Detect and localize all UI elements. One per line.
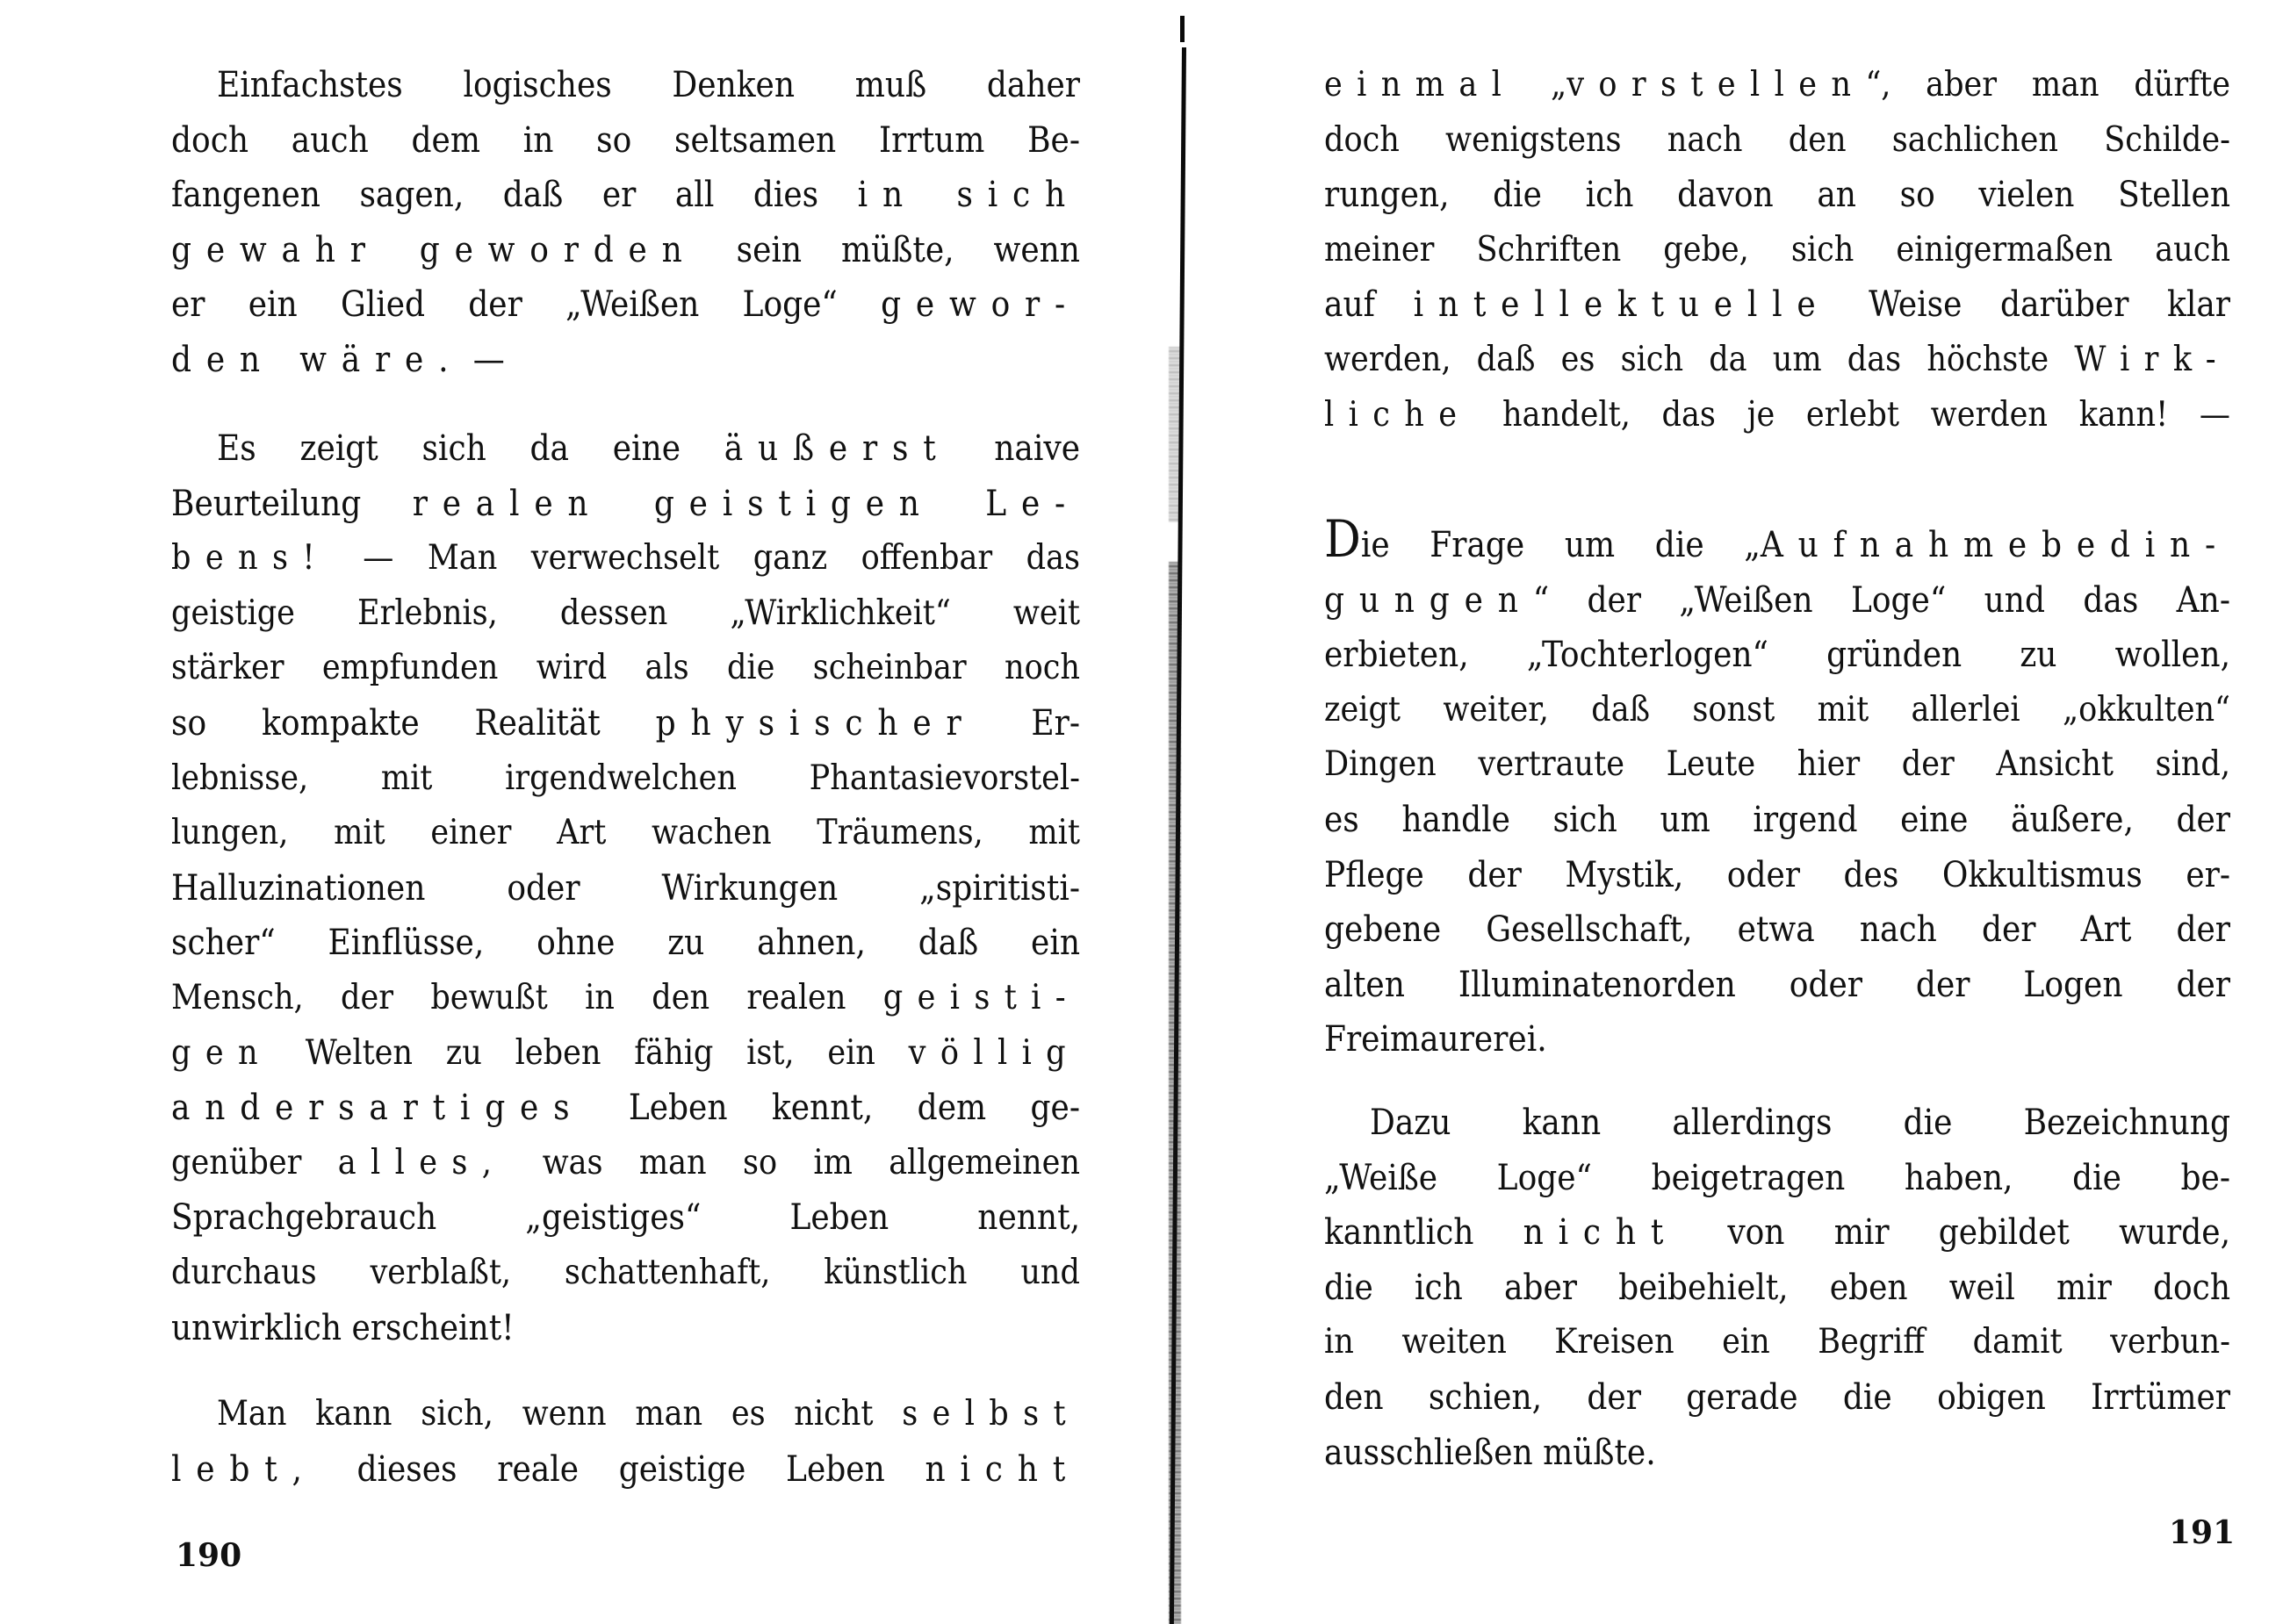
text-fragment: “ der „Weißen Loge“ und das An-	[1533, 580, 2230, 621]
text-line: meiner Schriften gebe, sich einigermaßen…	[1324, 223, 2230, 278]
spaced-word: Aufnahmebedin-	[1761, 525, 2230, 565]
text-line: fangenen sagen, daß er all dies in sich	[171, 168, 1080, 223]
spaced-word: gen	[171, 1033, 272, 1073]
spaced-word: Wirk-	[2074, 340, 2230, 379]
text-line: Sprachgebrauch „geistiges“ Leben nennt,	[171, 1190, 1080, 1246]
gutter-shadow	[1169, 562, 1181, 1624]
spaced-word: nicht	[1523, 1212, 1678, 1253]
text-line: die ich aber beibehielt, eben weil mir d…	[1324, 1261, 2230, 1316]
text-line: so kompakte Realität physischer Er-	[171, 696, 1080, 751]
spaced-word: physischer	[656, 703, 976, 744]
spaced-word: vorstellen	[1566, 65, 1865, 104]
text-line: einmal „vorstellen“, aber man dürfte	[1324, 58, 2230, 113]
text-line: lungen, mit einer Art wachen Träumens, m…	[171, 806, 1080, 861]
spaced-word: geistigen	[654, 484, 934, 524]
text-line: andersartiges Leben kennt, dem ge-	[171, 1081, 1080, 1136]
text-line: es handle sich um irgend eine äußere, de…	[1324, 793, 2230, 848]
text-line: Einfachstes logisches Denken muß daher	[171, 58, 1080, 113]
spaced-word: völlig	[909, 1033, 1080, 1073]
page-number-left: 190	[176, 1538, 241, 1573]
drop-cap: D	[1324, 509, 1361, 569]
gutter-shadow	[1169, 347, 1181, 522]
spaced-word: alles,	[338, 1143, 507, 1182]
text-line: liche handelt, das je erlebt werden kann…	[1324, 388, 2230, 443]
text-line: doch auch dem in so seltsamen Irrtum Be-	[171, 113, 1080, 169]
spaced-word: geisti-	[883, 978, 1080, 1017]
text-line: gewahr geworden sein müßte, wenn	[171, 223, 1080, 278]
text-line: rungen, die ich davon an so vielen Stell…	[1324, 168, 2230, 223]
text-fragment: ie Frage um die „	[1361, 525, 1761, 565]
left-paragraph-3: Man kann sich, wenn man es nicht selbst …	[171, 1387, 1080, 1497]
text-line: er ein Glied der „Weißen Loge“ gewor-	[171, 277, 1080, 333]
right-paragraph-3: Dazu kann allerdings die Bezeichnung „We…	[1324, 1096, 2230, 1480]
text-line: Dazu kann allerdings die Bezeichnung	[1324, 1096, 2230, 1151]
text-line: den wäre. —	[171, 333, 1080, 388]
spaced-word: äußerst	[724, 428, 951, 469]
text-line: in weiten Kreisen ein Begriff damit verb…	[1324, 1315, 2230, 1370]
text-line: lebnisse, mit irgendwelchen Phantasievor…	[171, 751, 1080, 807]
spaced-word: lebt,	[171, 1449, 317, 1490]
spaced-word: geworden	[420, 230, 697, 270]
left-paragraph-1: Einfachstes logisches Denken muß daher d…	[171, 58, 1080, 388]
text-line: alten Illuminatenorden oder der Logen de…	[1324, 958, 2230, 1013]
spaced-word: andersartiges	[171, 1088, 584, 1128]
gutter-binding-line-top	[1180, 16, 1185, 42]
text-line: Halluzinationen oder Wirkungen „spiritis…	[171, 861, 1080, 916]
text-line: „Weiße Loge“ beigetragen haben, die be-	[1324, 1151, 2230, 1206]
text-line: auf intellektuelle Weise darüber klar	[1324, 277, 2230, 333]
spaced-word: realen	[413, 484, 603, 524]
spaced-word: liche	[1324, 395, 1471, 435]
text-line: unwirklich erscheint!	[171, 1301, 1080, 1356]
text-line: Man kann sich, wenn man es nicht selbst	[171, 1387, 1080, 1442]
spaced-word: einmal	[1324, 65, 1516, 104]
right-paragraph-2: Die Frage um die „Aufnahmebedin- gungen“…	[1324, 518, 2230, 1067]
text-line: erbieten, „Tochterlogen“ gründen zu woll…	[1324, 628, 2230, 683]
text-line: gebene Gesellschaft, etwa nach der Art d…	[1324, 902, 2230, 958]
text-line: Die Frage um die „Aufnahmebedin-	[1324, 518, 2230, 573]
right-paragraph-1: einmal „vorstellen“, aber man dürfte doc…	[1324, 58, 2230, 442]
text-line: Beurteilung realen geistigen Le-	[171, 477, 1080, 532]
text-line: lebt, dieses reale geistige Leben nicht	[171, 1442, 1080, 1498]
text-line: genüber alles, was man so im allgemeinen	[171, 1136, 1080, 1191]
spaced-word: intellektuelle	[1414, 284, 1831, 325]
text-line: Freimaurerei.	[1324, 1012, 2230, 1067]
right-page: einmal „vorstellen“, aber man dürfte doc…	[1324, 0, 2230, 1624]
book-spread: Einfachstes logisches Denken muß daher d…	[0, 0, 2283, 1624]
left-paragraph-2: Es zeigt sich da eine äußerst naive Beur…	[171, 421, 1080, 1355]
spaced-word: bens!	[171, 538, 329, 578]
text-line: Dingen vertraute Leute hier der Ansicht …	[1324, 737, 2230, 793]
text-line: zeigt weiter, daß sonst mit allerlei „ok…	[1324, 683, 2230, 738]
text-line: durchaus verblaßt, schattenhaft, künstli…	[171, 1246, 1080, 1301]
page-number-right: 191	[2169, 1515, 2230, 1550]
text-line: Es zeigt sich da eine äußerst naive	[171, 421, 1080, 477]
text-fragment: “, aber man dürfte	[1865, 65, 2230, 104]
text-line: Mensch, der bewußt in den realen geisti-	[171, 971, 1080, 1026]
spaced-word: gewor-	[881, 284, 1080, 325]
left-page: Einfachstes logisches Denken muß daher d…	[171, 0, 1080, 1624]
spaced-word: Le-	[985, 484, 1080, 524]
text-line: kanntlich nicht von mir gebildet wurde,	[1324, 1205, 2230, 1261]
text-line: Pflege der Mystik, oder des Okkultismus …	[1324, 848, 2230, 903]
text-line: scher“ Einflüsse, ohne zu ahnen, daß ein	[171, 916, 1080, 971]
text-line: gen Welten zu leben fähig ist, ein völli…	[171, 1026, 1080, 1081]
spaced-word: gewahr	[171, 230, 380, 270]
spaced-word: gungen	[1324, 580, 1533, 621]
text-line: den schien, der gerade die obigen Irrtüm…	[1324, 1370, 2230, 1426]
text-line: gungen“ der „Weißen Loge“ und das An-	[1324, 573, 2230, 629]
spaced-word: selbst	[902, 1394, 1080, 1434]
spaced-word: sich	[956, 175, 1080, 215]
text-line: doch wenigstens nach den sachlichen Schi…	[1324, 113, 2230, 169]
spaced-word: nicht	[925, 1449, 1080, 1490]
text-line: geistige Erlebnis, dessen „Wirklichkeit“…	[171, 586, 1080, 642]
text-line: ausschließen müßte.	[1324, 1426, 2230, 1481]
text-line: stärker empfunden wird als die scheinbar…	[171, 641, 1080, 696]
text-line: werden, daß es sich da um das höchste Wi…	[1324, 333, 2230, 388]
spaced-word: den wäre.	[171, 340, 463, 380]
spaced-word: in	[858, 175, 918, 215]
text-line: bens! — Man verwechselt ganz offenbar da…	[171, 531, 1080, 586]
